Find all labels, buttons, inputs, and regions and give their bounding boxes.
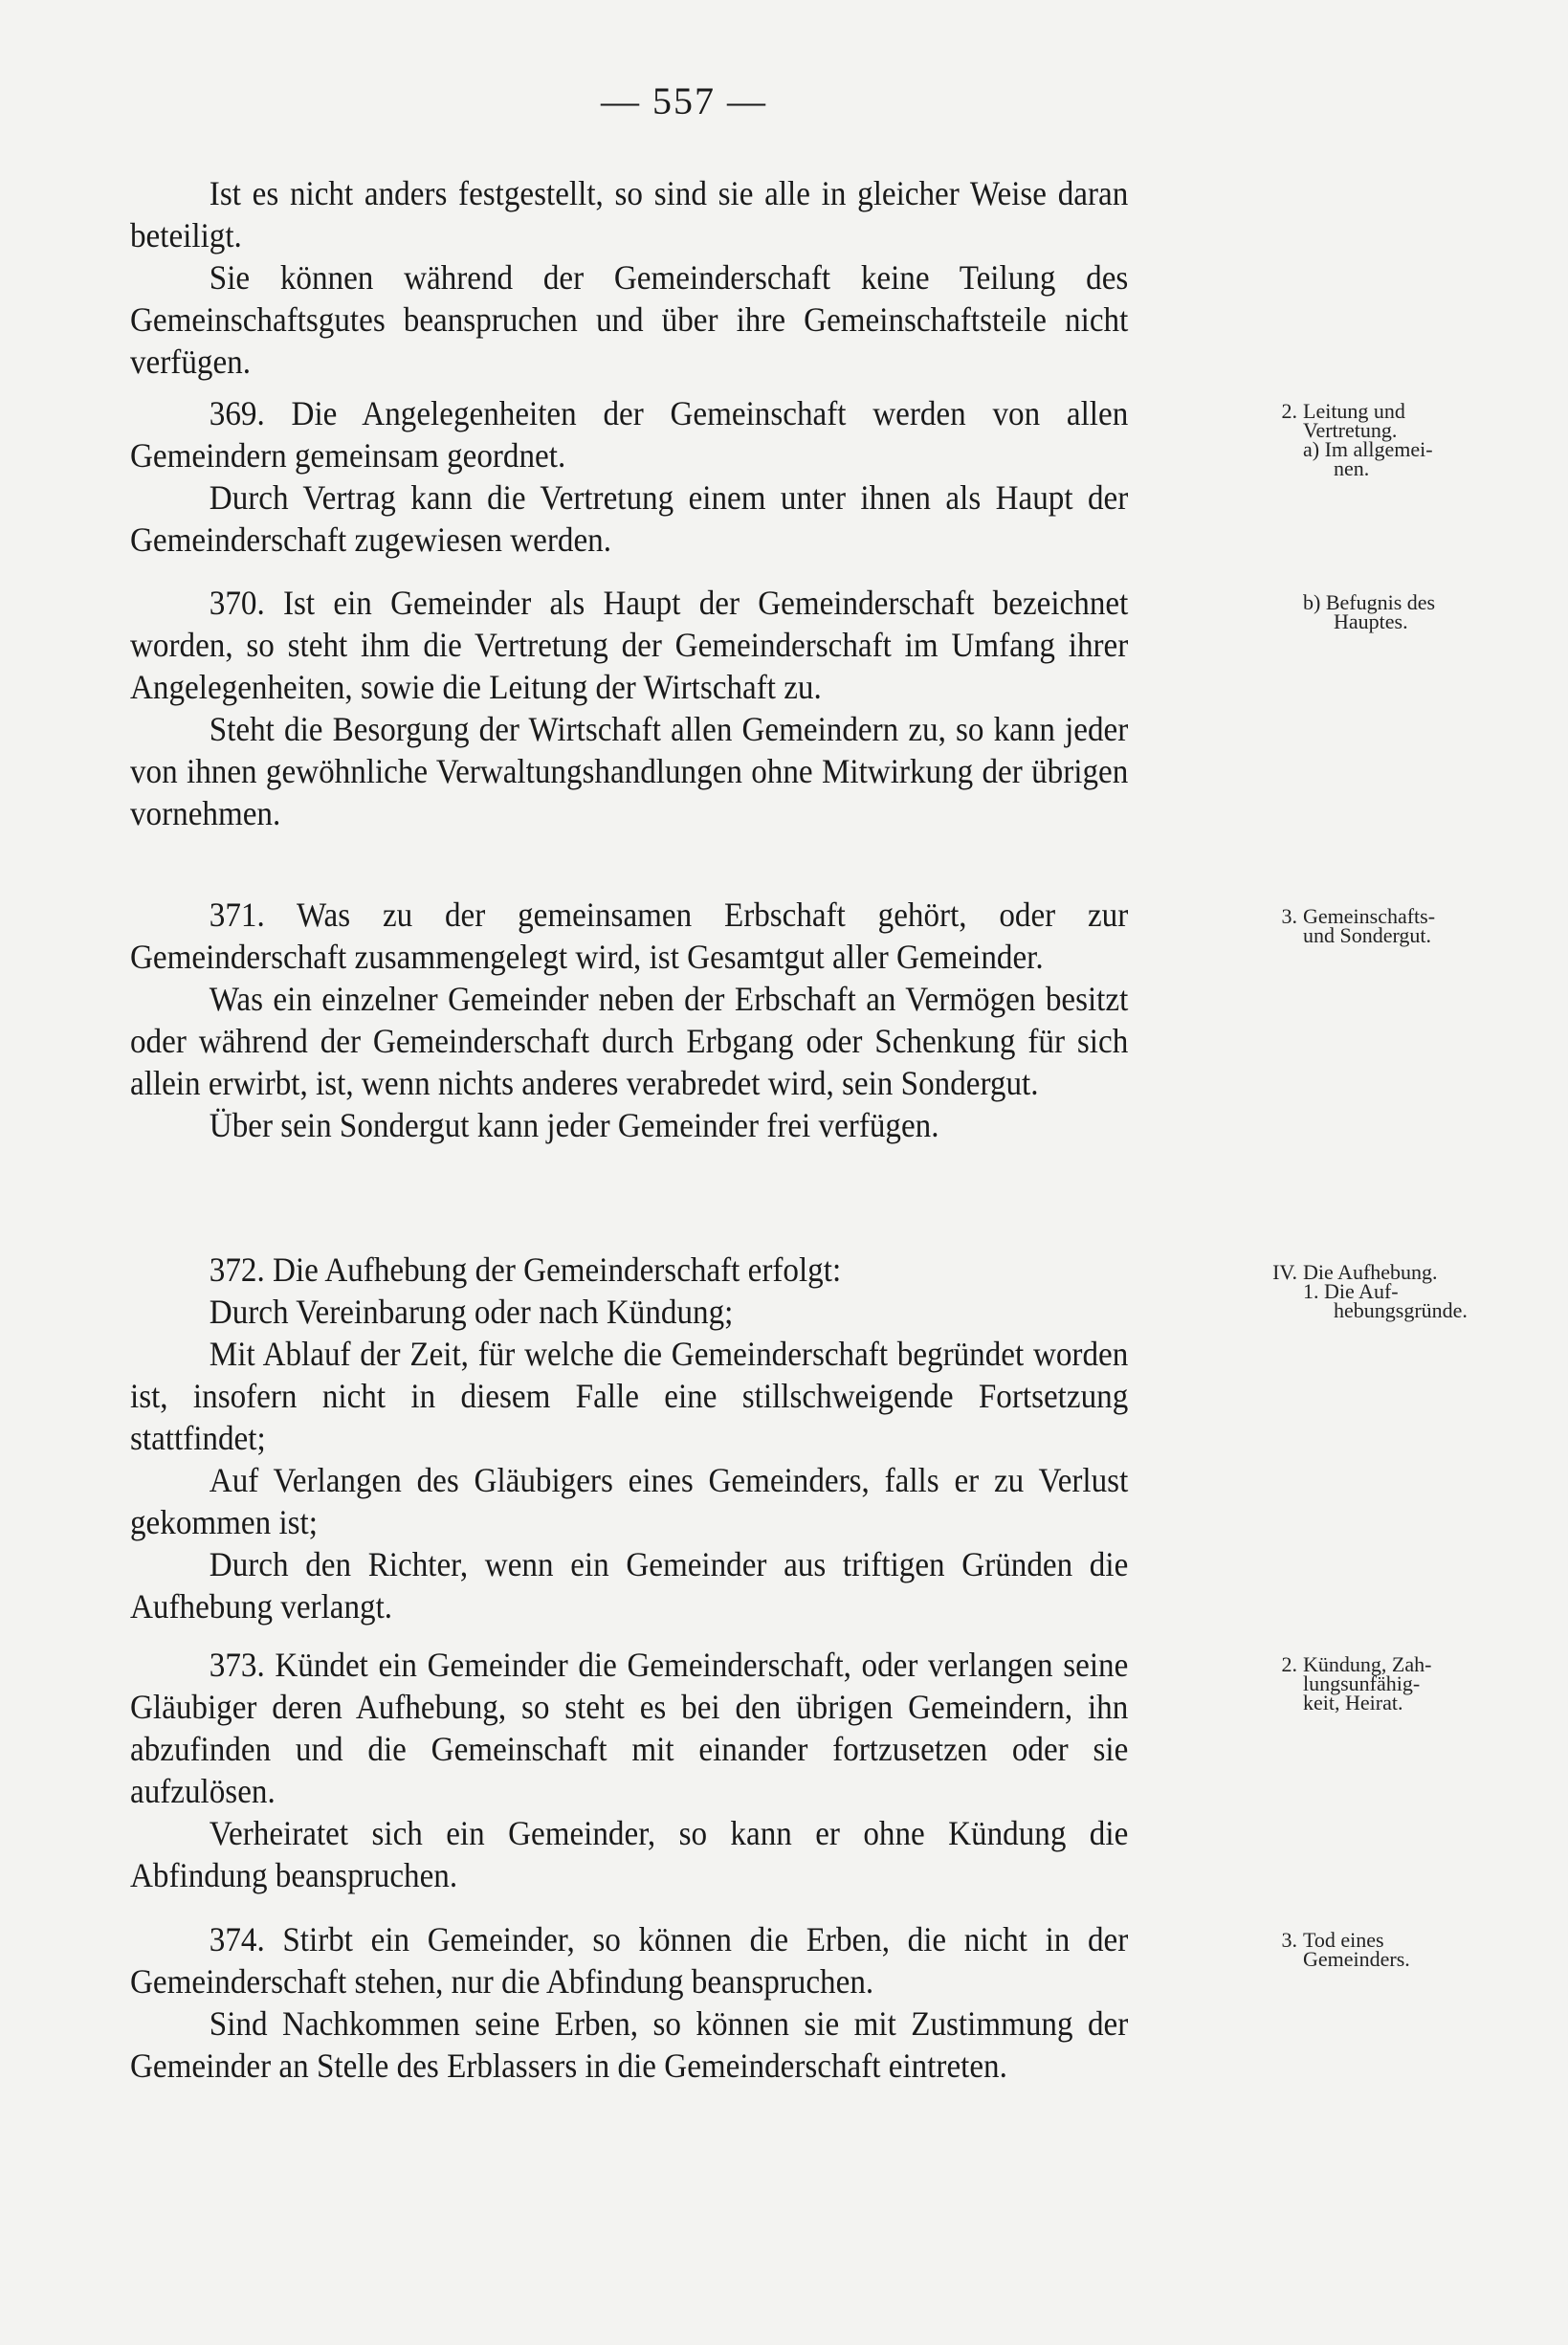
block-section-372: 372. Die Aufhebung der Gemeinderschaft e… [130, 1249, 1128, 1627]
paragraph: Mit Ablauf der Zeit, für welche die Geme… [130, 1333, 1128, 1459]
margin-note-tod: 3.Tod eines Gemeinders. [1263, 1931, 1550, 1969]
block-section-370: 370. Ist ein Gemeinder als Haupt der Gem… [130, 582, 1128, 834]
paragraph: 370. Ist ein Gemeinder als Haupt der Gem… [130, 582, 1128, 708]
note-text: hebungsgründe. [1263, 1301, 1550, 1320]
margin-note-leitung: 2.Leitung und Vertretung. a) Im allgemei… [1263, 402, 1550, 478]
block-section-371: 371. Was zu der gemeinsamen Erbschaft ge… [130, 894, 1128, 1146]
paragraph: Über sein Sondergut kann jeder Gemeinder… [130, 1104, 1128, 1146]
note-text: nen. [1263, 459, 1550, 478]
margin-note-kuendung: 2.Kündung, Zah- lungsunfähig- keit, Heir… [1263, 1655, 1550, 1713]
margin-note-befugnis: b) Befugnis des Hauptes. [1263, 593, 1550, 631]
paragraph: 373. Kündet ein Gemeinder die Gemeinders… [130, 1644, 1128, 1812]
note-number: 3. [1263, 907, 1297, 926]
note-text: und Sondergut. [1263, 926, 1550, 945]
margin-note-gemeinschaftsgut: 3.Gemeinschafts- und Sondergut. [1263, 907, 1550, 945]
paragraph: Auf Verlangen des Gläubigers eines Gemei… [130, 1459, 1128, 1543]
paragraph: Durch Vereinbarung oder nach Kündung; [130, 1291, 1128, 1333]
paragraph: Durch den Richter, wenn ein Gemeinder au… [130, 1543, 1128, 1627]
note-text: a) Im allgemei- [1263, 440, 1550, 459]
note-text: Hauptes. [1263, 612, 1550, 631]
block-section-369: 369. Die Angelegenheiten der Gemeinschaf… [130, 392, 1128, 561]
note-number: 2. [1263, 1655, 1297, 1674]
paragraph: Was ein einzelner Gemeinder neben der Er… [130, 978, 1128, 1104]
block-intro: Ist es nicht anders festgestellt, so sin… [130, 172, 1128, 383]
note-number: 3. [1263, 1931, 1297, 1950]
block-section-374: 374. Stirbt ein Gemeinder, so können die… [130, 1918, 1128, 2087]
paragraph: Durch Vertrag kann die Vertretung einem … [130, 476, 1128, 561]
paragraph: Sind Nachkommen seine Erben, so können s… [130, 2002, 1128, 2087]
block-section-373: 373. Kündet ein Gemeinder die Gemeinders… [130, 1644, 1128, 1896]
note-text: Gemeinders. [1263, 1950, 1550, 1969]
paragraph: Steht die Besorgung der Wirtschaft allen… [130, 708, 1128, 834]
paragraph: 371. Was zu der gemeinsamen Erbschaft ge… [130, 894, 1128, 978]
paragraph: 369. Die Angelegenheiten der Gemeinschaf… [130, 392, 1128, 476]
note-number: IV. [1263, 1263, 1297, 1282]
paragraph: Sie können während der Gemeinderschaft k… [130, 256, 1128, 383]
paragraph: 372. Die Aufhebung der Gemeinderschaft e… [130, 1249, 1128, 1291]
page-number: — 557 — [0, 78, 1368, 123]
paragraph: Ist es nicht anders festgestellt, so sin… [130, 172, 1128, 256]
note-text: keit, Heirat. [1263, 1693, 1550, 1713]
paragraph: 374. Stirbt ein Gemeinder, so können die… [130, 1918, 1128, 2002]
margin-note-aufhebung: IV.Die Aufhebung. 1. Die Auf- hebungsgrü… [1263, 1263, 1550, 1320]
note-number: 2. [1263, 402, 1297, 421]
paragraph: Verheiratet sich ein Gemeinder, so kann … [130, 1812, 1128, 1896]
